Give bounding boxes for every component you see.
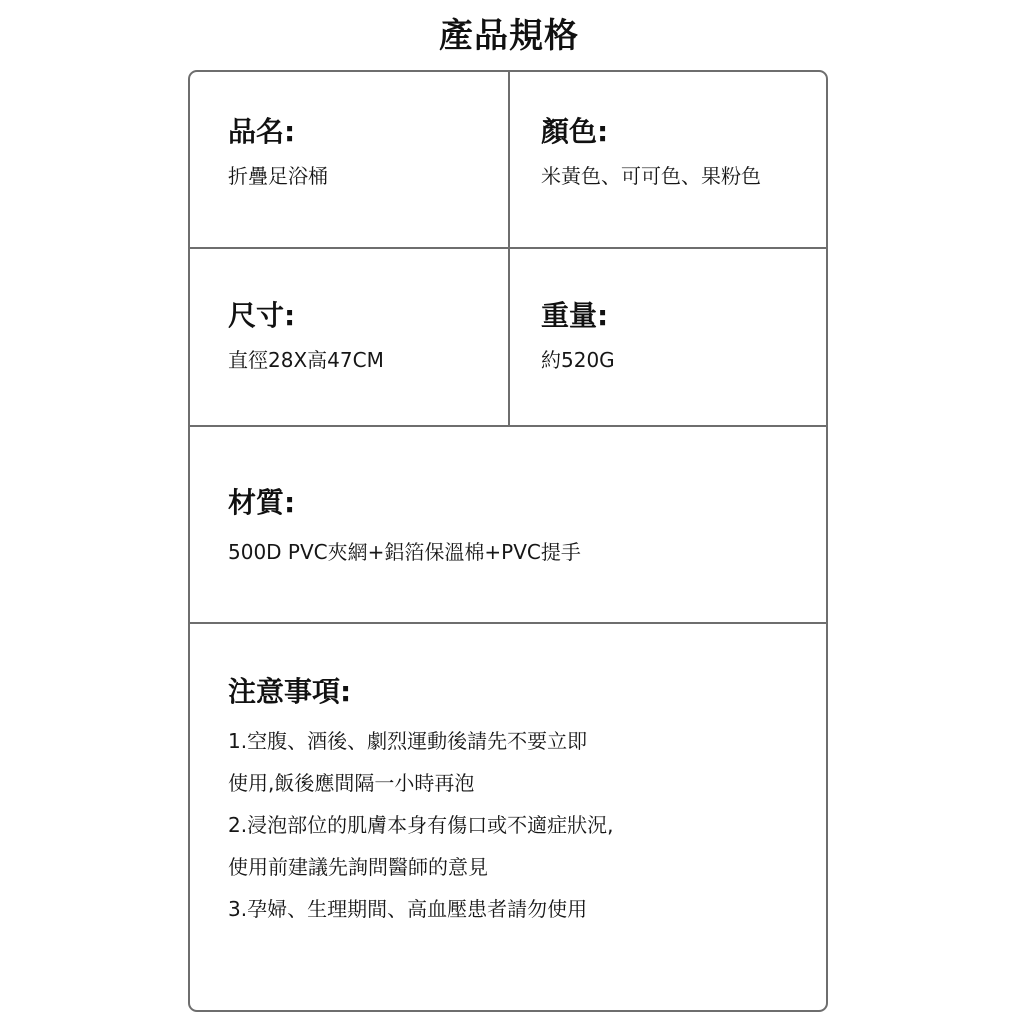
spec-label-name: 品名: bbox=[228, 110, 295, 150]
spec-cell-notes: 注意事項: 1.空腹、酒後、劇烈運動後請先不要立即 使用,飯後應間隔一小時再泡 … bbox=[190, 624, 826, 1012]
spec-row-2: 尺寸: 直徑28X高47CM 重量: 約520G bbox=[190, 249, 826, 427]
spec-label-size: 尺寸: bbox=[228, 294, 295, 334]
notes-line: 2.浸泡部位的肌膚本身有傷口或不適症狀況, bbox=[228, 804, 613, 846]
notes-line: 1.空腹、酒後、劇烈運動後請先不要立即 bbox=[228, 720, 613, 762]
notes-label: 注意事項: bbox=[228, 670, 351, 710]
spec-cell-material: 材質: 500D PVC夾網+鋁箔保溫棉+PVC提手 bbox=[190, 427, 826, 622]
spec-label-color: 顏色: bbox=[541, 110, 608, 150]
spec-cell-color: 顏色: 米黃色、可可色、果粉色 bbox=[510, 72, 828, 247]
spec-cell-name: 品名: 折疊足浴桶 bbox=[190, 72, 510, 247]
spec-value-size: 直徑28X高47CM bbox=[228, 344, 384, 373]
spec-value-name: 折疊足浴桶 bbox=[228, 160, 328, 189]
spec-value-material: 500D PVC夾網+鋁箔保溫棉+PVC提手 bbox=[228, 536, 581, 565]
notes-list: 1.空腹、酒後、劇烈運動後請先不要立即 使用,飯後應間隔一小時再泡 2.浸泡部位… bbox=[228, 720, 613, 930]
notes-line: 使用前建議先詢問醫師的意見 bbox=[228, 846, 613, 888]
spec-value-color: 米黃色、可可色、果粉色 bbox=[541, 160, 761, 189]
spec-label-weight: 重量: bbox=[541, 294, 608, 334]
page-title: 產品規格 bbox=[0, 8, 1018, 57]
spec-cell-weight: 重量: 約520G bbox=[510, 249, 828, 425]
spec-cell-size: 尺寸: 直徑28X高47CM bbox=[190, 249, 510, 425]
spec-row-1: 品名: 折疊足浴桶 顏色: 米黃色、可可色、果粉色 bbox=[190, 72, 826, 249]
spec-label-material: 材質: bbox=[228, 481, 295, 521]
notes-line: 3.孕婦、生理期間、高血壓患者請勿使用 bbox=[228, 888, 613, 930]
spec-value-weight: 約520G bbox=[541, 344, 615, 373]
spec-table: 品名: 折疊足浴桶 顏色: 米黃色、可可色、果粉色 尺寸: 直徑28X高47CM… bbox=[188, 70, 828, 1012]
spec-row-notes: 注意事項: 1.空腹、酒後、劇烈運動後請先不要立即 使用,飯後應間隔一小時再泡 … bbox=[190, 624, 826, 1012]
spec-row-3: 材質: 500D PVC夾網+鋁箔保溫棉+PVC提手 bbox=[190, 427, 826, 624]
notes-line: 使用,飯後應間隔一小時再泡 bbox=[228, 762, 613, 804]
